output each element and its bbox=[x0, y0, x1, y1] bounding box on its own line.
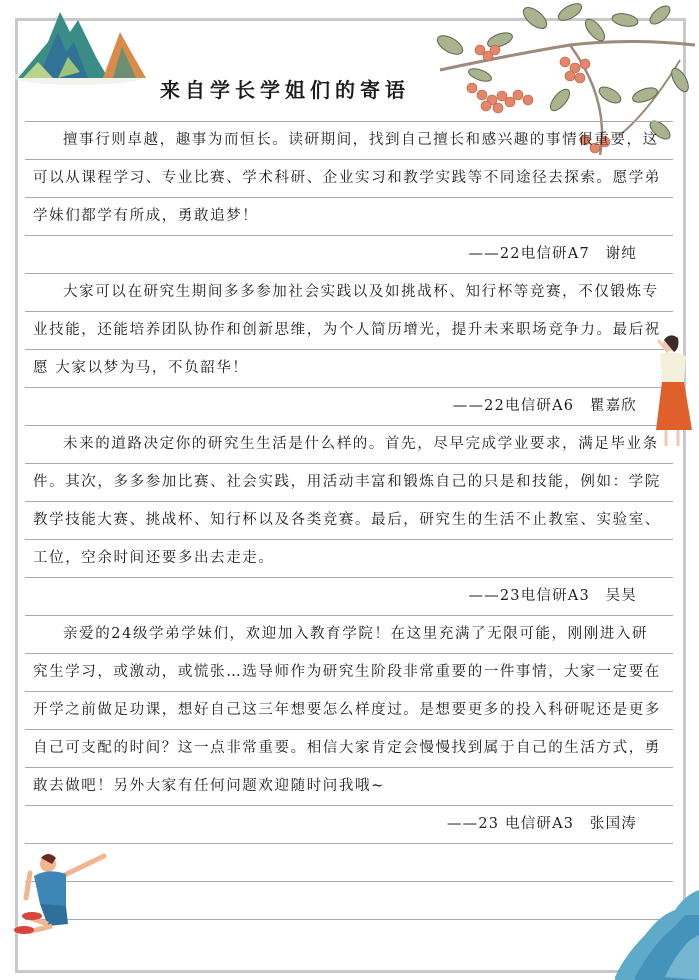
ruled-line bbox=[25, 843, 673, 844]
mountain-illustration bbox=[8, 2, 153, 87]
message-line: 亲爱的24级学弟学妹们，欢迎加入教育学院！在这里充满了无限可能，刚刚进入研 bbox=[33, 615, 673, 653]
message-signature: ——22电信研A7 谢纯 bbox=[468, 235, 637, 273]
ruled-line bbox=[25, 881, 673, 882]
message-line: 愿 大家以梦为马，不负韶华！ bbox=[33, 349, 673, 387]
woman-in-orange-skirt-illustration bbox=[648, 330, 698, 450]
ruled-line bbox=[25, 919, 673, 920]
message-line: 敢去做吧！另外大家有任何问题欢迎随时问我哦~ bbox=[33, 767, 673, 805]
message-line: 工位，空余时间还要多出去走走。 bbox=[33, 539, 673, 577]
message-signature: ——23电信研A3 吴昊 bbox=[468, 577, 637, 615]
message-signature: ——23 电信研A3 张国涛 bbox=[447, 805, 637, 843]
message-line: 擅事行则卓越，趣事为而恒长。读研期间，找到自己擅长和感兴趣的事情很重要，这 bbox=[33, 121, 673, 159]
message-line: 究生学习，或激动，或慌张…选导师作为研究生阶段非常重要的一件事情，大家一定要在 bbox=[33, 653, 673, 691]
message-line: 自己可支配的时间？这一点非常重要。相信大家肯定会慢慢找到属于自己的生活方式，勇 bbox=[33, 729, 673, 767]
message-line: 可以从课程学习、专业比赛、学术科研、企业实习和教学实践等不同途径去探索。愿学弟 bbox=[33, 159, 673, 197]
message-line: 大家可以在研究生期间多多参加社会实践以及如挑战杯、知行杯等竞赛，不仅锻炼专 bbox=[33, 273, 673, 311]
blue-mountain-illustration bbox=[615, 885, 699, 980]
message-line: 学妹们都学有所成，勇敢追梦！ bbox=[33, 197, 673, 235]
message-line: 件。其次，多多参加比赛、社会实践，用活动丰富和锻炼自己的只是和技能，例如：学院 bbox=[33, 463, 673, 501]
page-title: 来自学长学姐们的寄语 bbox=[160, 74, 410, 103]
message-line: 业技能，还能培养团队协作和创新思维，为个人简历增光，提升未来职场竞争力。最后祝 bbox=[33, 311, 673, 349]
volleyball-player-illustration bbox=[8, 848, 113, 938]
message-line: 未来的道路决定你的研究生生活是什么样的。首先，尽早完成学业要求，满足毕业条 bbox=[33, 425, 673, 463]
message-line: 开学之前做足功课，想好自己这三年想要怎么样度过。是想要更多的投入科研呢还是更多 bbox=[33, 691, 673, 729]
message-signature: ——22电信研A6 瞿嘉欣 bbox=[453, 387, 637, 425]
message-line: 教学技能大赛、挑战杯、知行杯以及各类竞赛。最后，研究生的生活不止教室、实验室、 bbox=[33, 501, 673, 539]
